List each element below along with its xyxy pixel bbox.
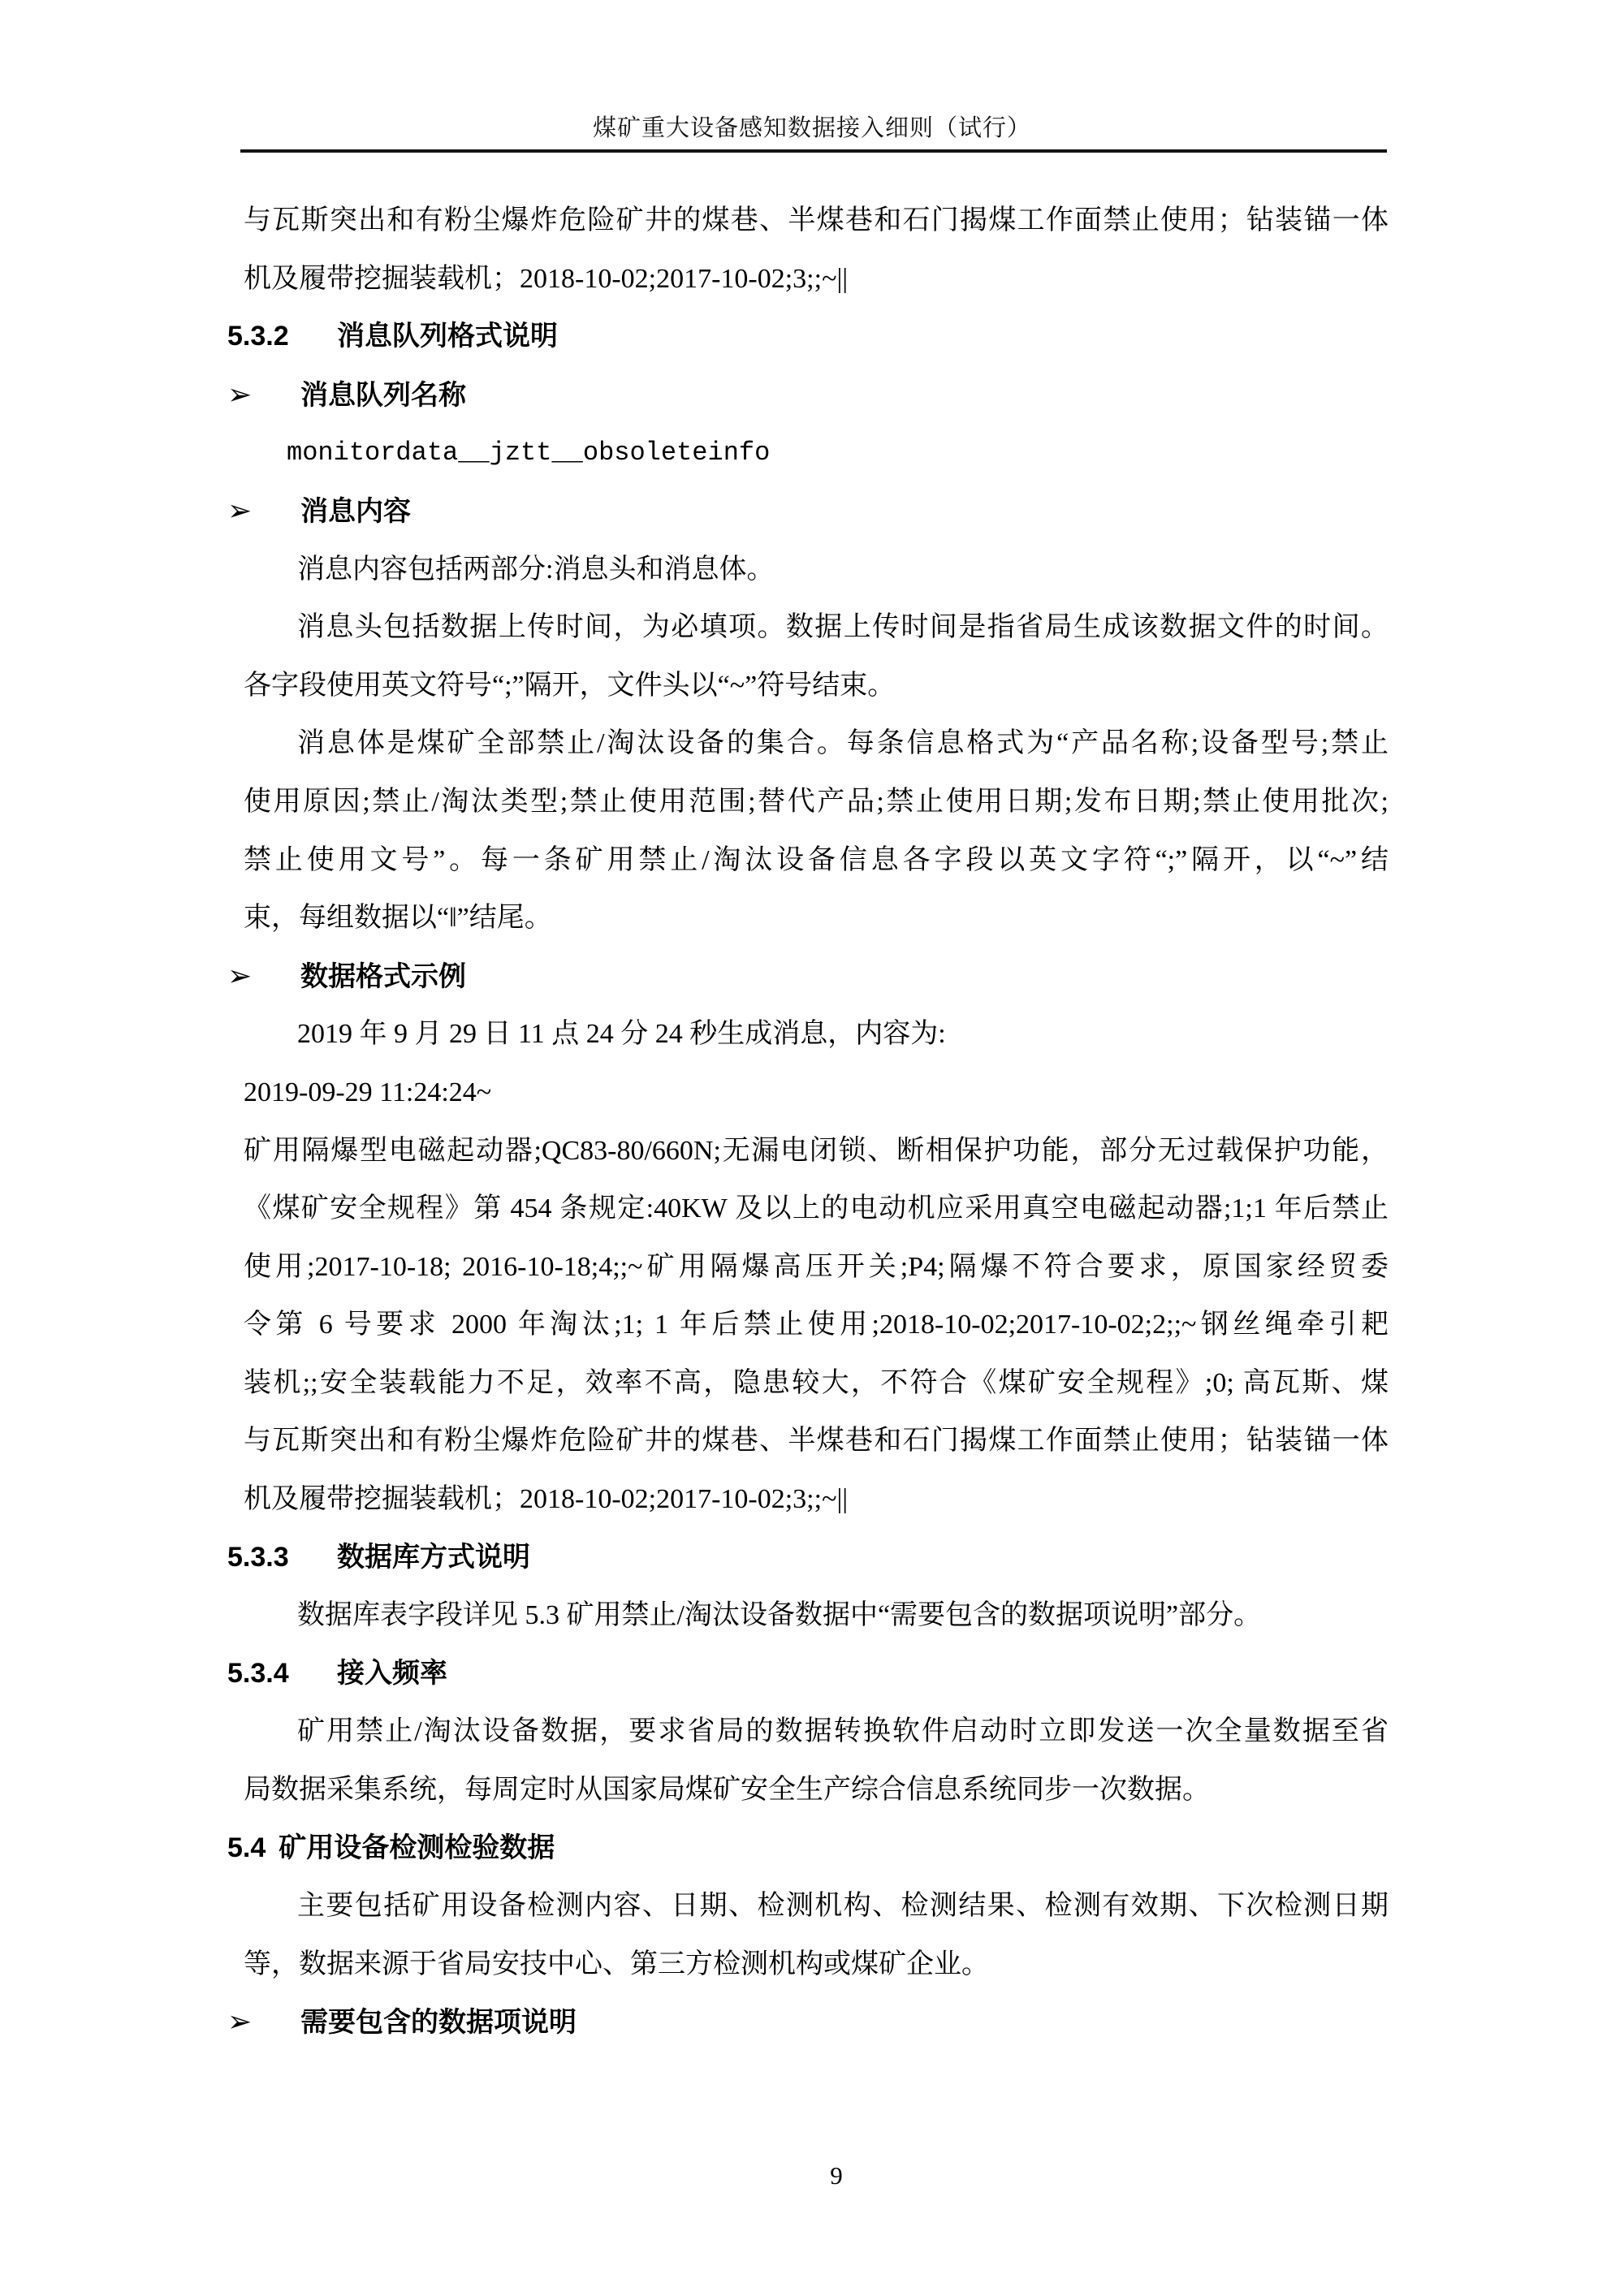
- section-title: 数据库方式说明: [337, 1542, 530, 1573]
- paragraph-line: 各字段使用英文符号“;”隔开，文件头以“~”符号结束。: [244, 657, 1389, 715]
- section-heading: 5.4矿用设备检测检验数据: [227, 1819, 1389, 1878]
- paragraph-line: 禁止使用文号”。每一条矿用禁止/淘汰设备信息各字段以英文字符“;”隔开，以“~”…: [244, 831, 1389, 890]
- paragraph-line: 与瓦斯突出和有粉尘爆炸危险矿井的煤巷、半煤巷和石门揭煤工作面禁止使用；钻装锚一体: [244, 192, 1389, 250]
- section-number: 5.4: [227, 1819, 266, 1878]
- paragraph-line: 使用原因;禁止/淘汰类型;禁止使用范围;替代产品;禁止使用日期;发布日期;禁止使…: [244, 773, 1389, 831]
- paragraph-line: 机及履带挖掘装载机；2018-10-02;2017-10-02;3;;~||: [244, 1470, 1389, 1529]
- document-page: 煤矿重大设备感知数据接入细则（试行） 与瓦斯突出和有粉尘爆炸危险矿井的煤巷、半煤…: [0, 0, 1624, 2296]
- paragraph-line: 矿用禁止/淘汰设备数据，要求省局的数据转换软件启动时立即发送一次全量数据至省: [244, 1703, 1389, 1761]
- section-heading: 5.3.2消息队列格式说明: [227, 308, 1389, 366]
- bullet-item: ➢数据格式示例: [227, 947, 1389, 1006]
- page-header-title: 煤矿重大设备感知数据接入细则（试行）: [0, 114, 1624, 143]
- bullet-label: 数据格式示例: [300, 961, 466, 992]
- arrow-bullet-icon: ➢: [227, 482, 300, 541]
- paragraph-line: 2019-09-29 11:24:24~: [244, 1064, 1389, 1122]
- paragraph-line: 《煤矿安全规程》第 454 条规定:40KW 及以上的电动机应采用真空电磁起动器…: [244, 1180, 1389, 1238]
- arrow-bullet-icon: ➢: [227, 1993, 300, 2052]
- bullet-item: ➢消息内容: [227, 482, 1389, 541]
- section-heading: 5.3.4接入频率: [227, 1645, 1389, 1703]
- arrow-bullet-icon: ➢: [227, 366, 300, 425]
- section-title: 接入频率: [337, 1658, 447, 1689]
- paragraph-line: 数据库表字段详见 5.3 矿用禁止/淘汰设备数据中“需要包含的数据项说明”部分。: [244, 1586, 1389, 1645]
- page-number: 9: [24, 2160, 1624, 2192]
- paragraph-line: 使用;2017-10-18; 2016-10-18;4;;~矿用隔爆高压开关;P…: [244, 1238, 1389, 1297]
- bullet-item: ➢需要包含的数据项说明: [227, 1993, 1389, 2052]
- paragraph-line: 矿用隔爆型电磁起动器;QC83-80/660N;无漏电闭锁、断相保护功能，部分无…: [244, 1122, 1389, 1180]
- paragraph-line: 消息内容包括两部分:消息头和消息体。: [244, 541, 1389, 599]
- header-divider: [240, 149, 1387, 153]
- bullet-label: 需要包含的数据项说明: [300, 2007, 577, 2038]
- paragraph-line: 与瓦斯突出和有粉尘爆炸危险矿井的煤巷、半煤巷和石门揭煤工作面禁止使用；钻装锚一体: [244, 1412, 1389, 1470]
- paragraph-line: 令第 6 号要求 2000 年淘汰;1; 1 年后禁止使用;2018-10-02…: [244, 1296, 1389, 1354]
- paragraph-line: 装机;;安全装载能力不足，效率不高，隐患较大，不符合《煤矿安全规程》;0; 高瓦…: [244, 1354, 1389, 1413]
- paragraph-line: 等，数据来源于省局安技中心、第三方检测机构或煤矿企业。: [244, 1936, 1389, 1994]
- paragraph-line: 消息头包括数据上传时间，为必填项。数据上传时间是指省局生成该数据文件的时间。: [244, 598, 1389, 657]
- section-heading: 5.3.3数据库方式说明: [227, 1529, 1389, 1587]
- bullet-label: 消息内容: [300, 496, 411, 527]
- bullet-item: ➢消息队列名称: [227, 366, 1389, 425]
- paragraph-line: 2019 年 9 月 29 日 11 点 24 分 24 秒生成消息，内容为:: [244, 1005, 1389, 1064]
- paragraph-line: 机及履带挖掘装载机；2018-10-02;2017-10-02;3;;~||: [244, 250, 1389, 309]
- paragraph-line: 束，每组数据以“‖”结尾。: [244, 889, 1389, 947]
- bullet-label: 消息队列名称: [300, 380, 466, 411]
- arrow-bullet-icon: ➢: [227, 947, 300, 1006]
- content: 与瓦斯突出和有粉尘爆炸危险矿井的煤巷、半煤巷和石门揭煤工作面禁止使用；钻装锚一体…: [227, 192, 1389, 2052]
- section-title: 消息队列格式说明: [337, 321, 558, 352]
- paragraph-line: 消息体是煤矿全部禁止/淘汰设备的集合。每条信息格式为“产品名称;设备型号;禁止: [244, 714, 1389, 773]
- message-queue-name: monitordata__jztt__obsoleteinfo: [287, 424, 1389, 482]
- section-number: 5.3.4: [227, 1645, 337, 1703]
- section-number: 5.3.2: [227, 308, 337, 366]
- paragraph-line: 主要包括矿用设备检测内容、日期、检测机构、检测结果、检测有效期、下次检测日期: [244, 1877, 1389, 1936]
- section-number: 5.3.3: [227, 1529, 337, 1587]
- paragraph-line: 局数据采集系统，每周定时从国家局煤矿安全生产综合信息系统同步一次数据。: [244, 1761, 1389, 1819]
- section-title: 矿用设备检测检验数据: [279, 1832, 555, 1863]
